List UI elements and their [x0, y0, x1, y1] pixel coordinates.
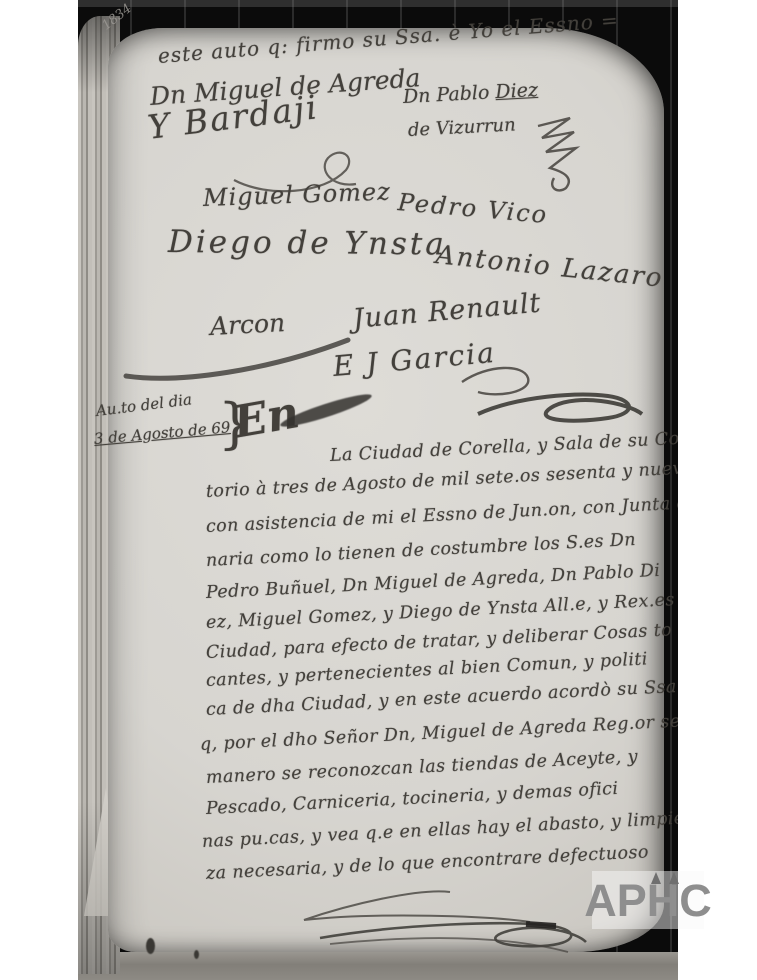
bottom-paraph-flourish — [290, 886, 590, 958]
official-surname-diez: Diez — [495, 79, 539, 103]
watermark-letter-p: P — [617, 878, 647, 923]
pencil-tip-icon — [651, 872, 661, 884]
aphc-watermark: A P H C — [592, 871, 704, 929]
watermark-letter-a: A — [584, 878, 617, 923]
manuscript-photo: 1834 este auto q: firmo su Ssa. è Yo el … — [78, 0, 678, 980]
ink-blot — [194, 950, 199, 959]
rubric-loops-garcia — [458, 362, 658, 436]
rubric-flourish-vizurrun — [530, 112, 586, 196]
ink-blot — [146, 938, 155, 954]
signature-diego-de-ynsta: Diego de Ynsta — [168, 224, 447, 262]
pencil-tip-icon — [669, 872, 679, 884]
rubric-swash-arcon — [120, 330, 360, 384]
watermark-letter-c: C — [679, 878, 712, 923]
watermark-letter-h: H — [647, 878, 680, 923]
